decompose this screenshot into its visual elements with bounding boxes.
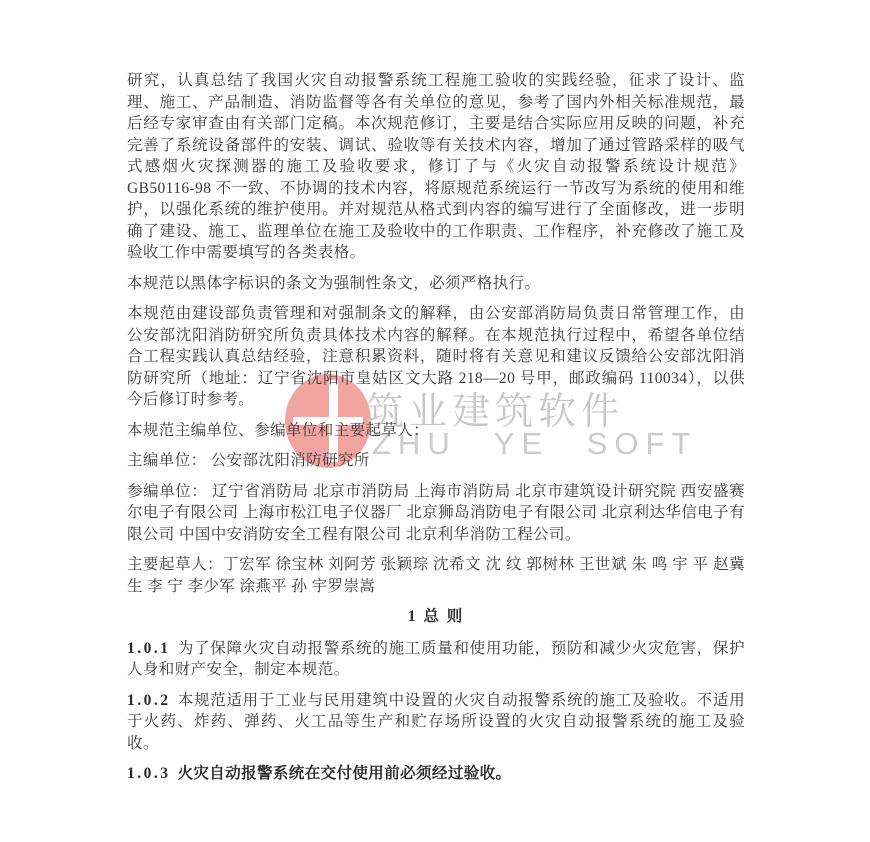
clause-1-0-3: 1.0.3火灾自动报警系统在交付使用前必须经过验收。 — [127, 763, 745, 785]
document-content: 研究，认真总结了我国火灾自动报警系统工程施工验收的实践经验，征求了设计、监理、施… — [127, 70, 745, 794]
paragraph-management-and-feedback: 本规范由建设部负责管理和对强制条文的解释，由公安部消防局负责日常管理工作，由公安… — [127, 303, 745, 411]
paragraph-revision-overview: 研究，认真总结了我国火灾自动报警系统工程施工验收的实践经验，征求了设计、监理、施… — [127, 70, 745, 264]
clause-1-0-3-number: 1.0.3 — [127, 765, 171, 782]
clause-1-0-1: 1.0.1为了保障火灾自动报警系统的施工质量和使用功能，预防和减少火灾危害，保护… — [127, 638, 745, 681]
paragraph-participating-units: 参编单位： 辽宁省消防局 北京市消防局 上海市消防局 北京市建筑设计研究院 西安… — [127, 481, 745, 546]
paragraph-mandatory-provisions-note: 本规范以黑体字标识的条文为强制性条文，必须严格执行。 — [127, 273, 745, 295]
document-page: 筑业建筑软件 ZHU YE SOFT 研究，认真总结了我国火灾自动报警系统工程施… — [0, 0, 870, 842]
paragraph-units-intro: 本规范主编单位、参编单位和主要起草人： — [127, 420, 745, 442]
clause-1-0-2-number: 1.0.2 — [127, 692, 171, 709]
clause-1-0-2-text: 本规范适用于工业与民用建筑中设置的火灾自动报警系统的施工及验收。不适用于火药、炸… — [127, 692, 745, 752]
paragraph-chief-editing-unit: 主编单位： 公安部沈阳消防研究所 — [127, 450, 745, 472]
section-heading-general-provisions: 1 总 则 — [127, 606, 745, 628]
paragraph-main-drafters: 主要起草人：丁宏军 徐宝林 刘阿芳 张颖琮 沈希文 沈 纹 郭树林 王世斌 朱 … — [127, 554, 745, 597]
clause-1-0-1-number: 1.0.1 — [127, 640, 171, 657]
clause-1-0-3-text: 火灾自动报警系统在交付使用前必须经过验收。 — [178, 765, 512, 782]
clause-1-0-1-text: 为了保障火灾自动报警系统的施工质量和使用功能，预防和减少火灾危害，保护人身和财产… — [127, 640, 745, 679]
clause-1-0-2: 1.0.2本规范适用于工业与民用建筑中设置的火灾自动报警系统的施工及验收。不适用… — [127, 690, 745, 755]
